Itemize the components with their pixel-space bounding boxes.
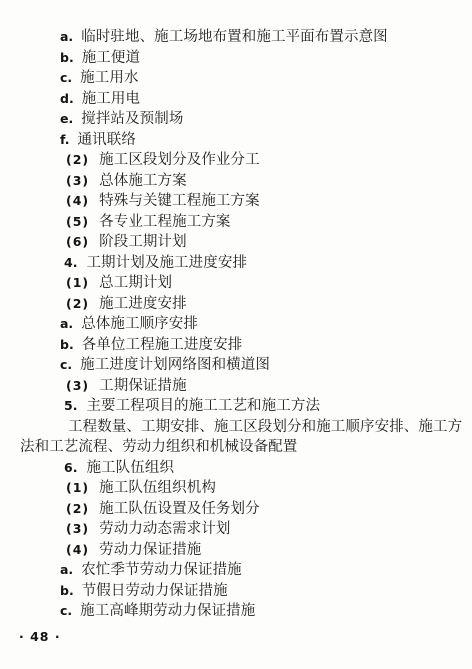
item-marker: 5.: [64, 398, 77, 413]
item-marker: f.: [60, 132, 70, 147]
item-marker: e.: [60, 111, 73, 126]
item-text: 施工进度安排: [99, 296, 187, 312]
list-item: 法和工艺流程、劳动力组织和机械设备配置: [20, 437, 460, 458]
list-item: 工程数量、工期安排、施工区段划分和施工顺序安排、施工方: [20, 417, 460, 438]
list-item: (3)总体施工方案: [20, 171, 460, 192]
item-text: 施工队伍组织: [86, 460, 174, 476]
item-text: 主要工程项目的施工工艺和施工方法: [86, 398, 320, 414]
list-item: c.施工高峰期劳动力保证措施: [20, 601, 460, 622]
item-text: 施工队伍组织机构: [99, 480, 216, 496]
item-text: 通讯联络: [78, 132, 136, 148]
item-text: 临时驻地、施工场地布置和施工平面布置示意图: [81, 29, 388, 45]
item-marker: (3): [66, 521, 89, 536]
item-marker: (4): [66, 193, 89, 208]
outline-list: a.临时驻地、施工场地布置和施工平面布置示意图 b.施工便道 c.施工用水 d.…: [20, 27, 460, 622]
list-item: a.总体施工顺序安排: [20, 314, 460, 335]
item-marker: (2): [66, 501, 89, 516]
item-text: 各单位工程施工进度安排: [82, 337, 243, 353]
item-text: 阶段工期计划: [99, 234, 187, 250]
list-item: (5)各专业工程施工方案: [20, 212, 460, 233]
item-marker: (6): [66, 234, 89, 249]
item-text: 施工队伍设置及任务划分: [99, 501, 260, 517]
list-item: (1)总工期计划: [20, 273, 460, 294]
item-text: 劳动力动态需求计划: [99, 521, 230, 537]
page-number: · 48 ·: [19, 629, 61, 644]
item-text: 特殊与关键工程施工方案: [99, 193, 260, 209]
item-marker: a.: [60, 562, 73, 577]
item-marker: (5): [66, 214, 89, 229]
item-marker: (1): [66, 275, 89, 290]
item-marker: (3): [66, 173, 89, 188]
item-text: 劳动力保证措施: [99, 542, 201, 558]
item-text: 施工便道: [82, 50, 140, 66]
item-marker: 4.: [64, 255, 77, 270]
list-item: (4)特殊与关键工程施工方案: [20, 191, 460, 212]
item-marker: b.: [60, 50, 74, 65]
item-marker: c.: [60, 357, 72, 372]
item-marker: b.: [60, 583, 74, 598]
item-text: 法和工艺流程、劳动力组织和机械设备配置: [20, 439, 297, 455]
item-marker: a.: [60, 29, 73, 44]
item-marker: b.: [60, 337, 74, 352]
item-text: 施工高峰期劳动力保证措施: [80, 603, 255, 619]
item-marker: 6.: [64, 460, 77, 475]
list-item: a.农忙季节劳动力保证措施: [20, 560, 460, 581]
item-marker: d.: [60, 91, 74, 106]
item-marker: a.: [60, 316, 73, 331]
list-item: b.各单位工程施工进度安排: [20, 335, 460, 356]
item-text: 搅拌站及预制场: [81, 111, 183, 127]
list-item: 4.工期计划及施工进度安排: [20, 253, 460, 274]
item-marker: (3): [66, 378, 89, 393]
list-item: d.施工用电: [20, 89, 460, 110]
item-text: 施工进度计划网络图和横道图: [80, 357, 270, 373]
list-item: (1)施工队伍组织机构: [20, 478, 460, 499]
item-marker: (1): [66, 480, 89, 495]
item-text: 总工期计划: [99, 275, 172, 291]
item-text: 总体施工方案: [99, 173, 187, 189]
item-marker: (2): [66, 296, 89, 311]
list-item: 6.施工队伍组织: [20, 458, 460, 479]
item-text: 节假日劳动力保证措施: [82, 583, 228, 599]
item-text: 工期保证措施: [99, 378, 187, 394]
item-marker: (2): [66, 152, 89, 167]
list-item: b.施工便道: [20, 48, 460, 69]
item-text: 农忙季节劳动力保证措施: [81, 562, 242, 578]
item-text: 施工区段划分及作业分工: [99, 152, 260, 168]
list-item: f.通讯联络: [20, 130, 460, 151]
list-item: (3)工期保证措施: [20, 376, 460, 397]
item-marker: c.: [60, 70, 72, 85]
list-item: (2)施工队伍设置及任务划分: [20, 499, 460, 520]
list-item: e.搅拌站及预制场: [20, 109, 460, 130]
list-item: a.临时驻地、施工场地布置和施工平面布置示意图: [20, 27, 460, 48]
item-text: 工期计划及施工进度安排: [86, 255, 247, 271]
list-item: c.施工进度计划网络图和横道图: [20, 355, 460, 376]
list-item: c.施工用水: [20, 68, 460, 89]
list-item: (4)劳动力保证措施: [20, 540, 460, 561]
list-item: (2)施工区段划分及作业分工: [20, 150, 460, 171]
list-item: b.节假日劳动力保证措施: [20, 581, 460, 602]
item-text: 各专业工程施工方案: [99, 214, 230, 230]
item-text: 施工用水: [80, 70, 138, 86]
item-text: 施工用电: [82, 91, 140, 107]
list-item: (2)施工进度安排: [20, 294, 460, 315]
document-page: a.临时驻地、施工场地布置和施工平面布置示意图 b.施工便道 c.施工用水 d.…: [0, 0, 472, 669]
list-item: 5.主要工程项目的施工工艺和施工方法: [20, 396, 460, 417]
item-text: 工程数量、工期安排、施工区段划分和施工顺序安排、施工方: [68, 419, 462, 435]
item-text: 总体施工顺序安排: [81, 316, 198, 332]
list-item: (6)阶段工期计划: [20, 232, 460, 253]
item-marker: (4): [66, 542, 89, 557]
item-marker: c.: [60, 603, 72, 618]
list-item: (3)劳动力动态需求计划: [20, 519, 460, 540]
